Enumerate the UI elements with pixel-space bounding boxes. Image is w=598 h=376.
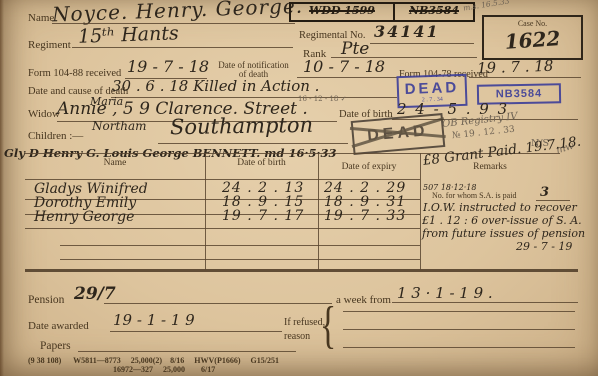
week-from-underline: [392, 302, 578, 303]
form-104-88-value: 19 - 7 - 18: [127, 57, 209, 76]
refused-line-1: [343, 311, 575, 312]
remarks-recover-date: 29 - 7 - 19: [516, 240, 572, 253]
table-row-3-expiry: 19 . 7 . 33: [324, 208, 406, 224]
table-bottom-rule: [25, 269, 578, 272]
refused-line-3: [343, 347, 575, 348]
printer-codes-line-1: (9 38 108) W5811—8773 25,000(2) 8/16 HWV…: [28, 356, 279, 365]
week-from-value: 1 3 · 1 - 1 9 .: [397, 284, 493, 302]
reason-label: reason: [284, 331, 310, 342]
papers-underline: [78, 351, 296, 352]
table-row-3-line: [25, 228, 420, 229]
table-empty-row-line-2: [60, 259, 420, 260]
form-104-78-value: 19 . 7 . 18: [477, 57, 554, 78]
papers-label: Papers: [40, 340, 71, 352]
pension-record-card: Name Noyce. Henry. George. WDD 1599 NB35…: [0, 0, 598, 376]
widow-address-district: Northam: [92, 119, 147, 133]
remarks-recover-note-2: £1 . 12 : 6 over-issue of S. A.: [422, 214, 582, 227]
table-empty-row-line-1: [60, 245, 420, 246]
table-header-expiry: Date of expiry: [318, 162, 420, 172]
regiment-underline: [72, 47, 293, 48]
dead-stamp-text: DEAD: [404, 79, 459, 98]
rank-value: Pte: [341, 39, 369, 59]
address-underline: [158, 143, 348, 144]
death-notification-value: 10 - 7 - 18: [303, 57, 385, 76]
card-edge-shadow: [0, 0, 4, 376]
name-label: Name: [28, 12, 54, 24]
table-row-3-name: Henry George: [34, 209, 134, 225]
refused-brace: {: [320, 296, 336, 355]
pension-value: 29/7: [74, 284, 116, 304]
form-104-88-label: Form 104-88 received: [28, 68, 121, 79]
remarks-recover-note-1: I.O.W. instructed to recover: [423, 201, 577, 214]
regiment-value: 15ᵗʰ Hants: [78, 22, 179, 47]
case-no-box: Case No. 1622: [482, 15, 583, 60]
death-cause-value: 30 . 6 . 18 Killed in Action .: [112, 77, 319, 95]
form-104-78-underline: [469, 77, 581, 78]
tag-date-pencil-note: m.s. 16.5.33: [463, 0, 511, 13]
table-header-dob: Date of birth: [205, 158, 318, 168]
week-from-label: a week from: [336, 294, 391, 306]
reference-tag-box: WDD 1599 NB3584: [289, 2, 475, 22]
case-no-value: 1622: [483, 25, 581, 56]
remarks-recover-note-3: from future issues of pension: [422, 227, 585, 240]
printer-codes-line-2: 16972—327 25,000 6/17: [113, 365, 215, 374]
table-col-divider-1: [205, 153, 206, 270]
table-row-3-dob: 19 . 7 . 17: [222, 208, 304, 224]
pension-underline: [104, 303, 332, 304]
tag-wdd: WDD 1599: [291, 4, 395, 20]
sa-paid-label: No. for whom S.A. is paid: [432, 191, 516, 200]
tag-nb: NB3584: [395, 4, 473, 20]
date-awarded-label: Date awarded: [28, 320, 89, 332]
death-cause-underline: [111, 97, 397, 98]
children-label: Children :—: [28, 130, 83, 142]
table-header-name: Name: [25, 158, 205, 168]
date-awarded-value: 19 - 1 - 1 9: [113, 311, 195, 329]
refused-line-2: [343, 329, 575, 330]
if-refused-label: If refused,: [284, 317, 325, 328]
dead-stamp-cancelled: DEAD: [351, 113, 446, 155]
sa-paid-value: 3: [540, 185, 549, 200]
pension-label: Pension: [28, 294, 64, 306]
regiment-label: Regiment: [28, 39, 71, 51]
widow-label: Widow: [28, 108, 60, 120]
regimental-no-value: 34141: [374, 22, 440, 41]
nb-reference-value: NB3584: [496, 88, 543, 101]
date-awarded-underline: [110, 331, 282, 332]
regimental-no-underline: [370, 43, 474, 44]
widow-address-city: Southampton: [170, 113, 313, 139]
